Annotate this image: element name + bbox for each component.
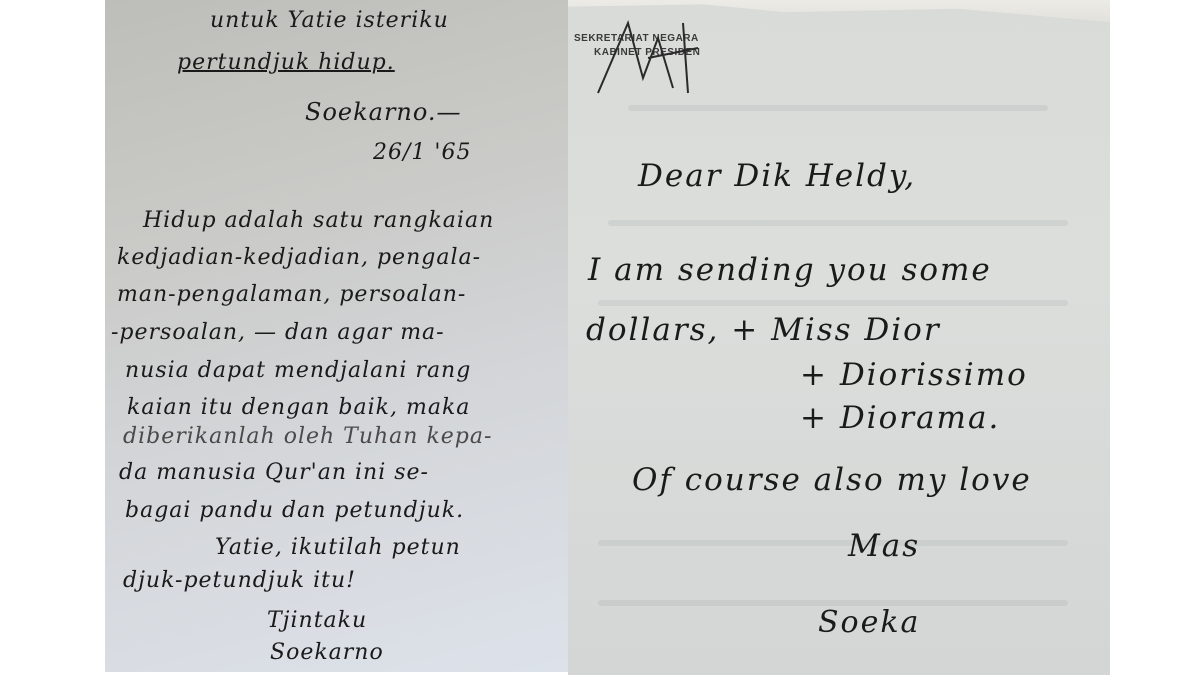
right-letter-photo: SEKRETARIAT NEGARA KABINET PRESIDEN Dear… bbox=[568, 0, 1110, 675]
left-letter-photo: untuk Yatie isteriku pertundjuk hidup. S… bbox=[105, 0, 568, 672]
body-line: kaian itu dengan baik, maka bbox=[127, 395, 470, 420]
body-line: + Diorama. bbox=[800, 400, 1000, 436]
bleed-through-text bbox=[598, 540, 1068, 546]
body-line: + Diorissimo bbox=[800, 357, 1028, 393]
body-line: da manusia Qur'an ini se- bbox=[119, 460, 429, 485]
body-line: Hidup adalah satu rangkaian bbox=[143, 208, 494, 233]
body-line: dollars, + Miss Dior bbox=[586, 312, 941, 348]
letterhead: SEKRETARIAT NEGARA KABINET PRESIDEN bbox=[574, 32, 700, 60]
body-line: I am sending you some bbox=[588, 252, 992, 288]
heading-signature: Soekarno.— bbox=[305, 98, 462, 126]
body-line: -persoalan, — dan agar ma- bbox=[111, 320, 445, 345]
body-line: man-pengalaman, persoalan- bbox=[117, 282, 466, 307]
letterhead-line-1: SEKRETARIAT NEGARA bbox=[574, 32, 700, 46]
body-line: kedjadian-kedjadian, pengala- bbox=[117, 245, 481, 270]
bleed-through-text bbox=[608, 220, 1068, 226]
salutation: Dear Dik Heldy, bbox=[638, 158, 916, 194]
closing: Mas bbox=[848, 528, 920, 564]
signature: Soekarno bbox=[270, 640, 384, 665]
body-line: Yatie, ikutilah petun bbox=[215, 535, 461, 560]
body-line: bagai pandu dan petundjuk. bbox=[125, 498, 464, 523]
closing-line: Of course also my love bbox=[632, 462, 1032, 498]
torn-paper-edge bbox=[568, 0, 1110, 22]
heading-line-1: untuk Yatie isteriku bbox=[210, 8, 449, 33]
body-line: nusia dapat mendjalani rang bbox=[125, 358, 471, 383]
bleed-through-text bbox=[628, 105, 1048, 111]
body-line: diberikanlah oleh Tuhan kepa- bbox=[123, 424, 492, 449]
bleed-through-text bbox=[598, 300, 1068, 306]
signature: Soeka bbox=[818, 605, 920, 640]
letter-date: 26/1 '65 bbox=[373, 140, 471, 165]
heading-line-2: pertundjuk hidup. bbox=[177, 50, 395, 75]
letterhead-line-2: KABINET PRESIDEN bbox=[574, 46, 700, 60]
body-line: djuk-petundjuk itu! bbox=[123, 568, 356, 593]
closing: Tjintaku bbox=[267, 608, 367, 633]
